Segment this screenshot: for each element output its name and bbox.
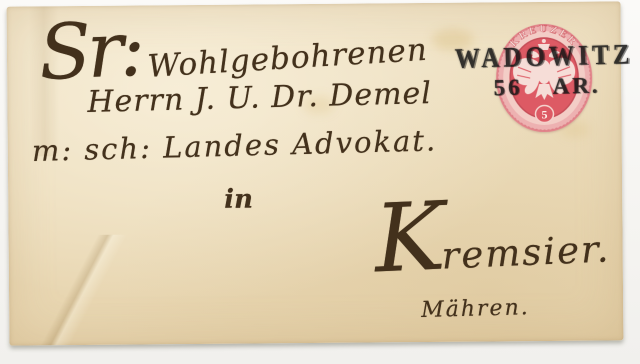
salutation-initials: Sr: bbox=[37, 11, 142, 91]
postmark-date: 56AR. bbox=[493, 72, 628, 101]
destination-initial: K bbox=[373, 191, 443, 288]
address-title-line: m: sch: Landes Advokat. bbox=[31, 123, 437, 168]
postmark-date-gap bbox=[523, 94, 553, 95]
stamp-denomination: 5 bbox=[541, 107, 547, 121]
postmark-town: WADOWITZ bbox=[454, 40, 634, 77]
photo-background: Sr: Wohlgebohrenen Herrn J. U. Dr. Demel… bbox=[0, 0, 640, 364]
address-preposition: in bbox=[224, 185, 253, 215]
postmark-cancel: WADOWITZ 56AR. bbox=[454, 40, 627, 102]
destination-city: Kremsier. bbox=[373, 183, 612, 287]
destination-rest: remsier. bbox=[441, 227, 611, 277]
flap-crease bbox=[9, 234, 150, 345]
destination-region: Mähren. bbox=[421, 295, 530, 323]
postmark-date-left: 56 bbox=[493, 75, 523, 101]
postmark-date-right: AR. bbox=[552, 72, 601, 98]
envelope: Sr: Wohlgebohrenen Herrn J. U. Dr. Demel… bbox=[7, 1, 624, 345]
